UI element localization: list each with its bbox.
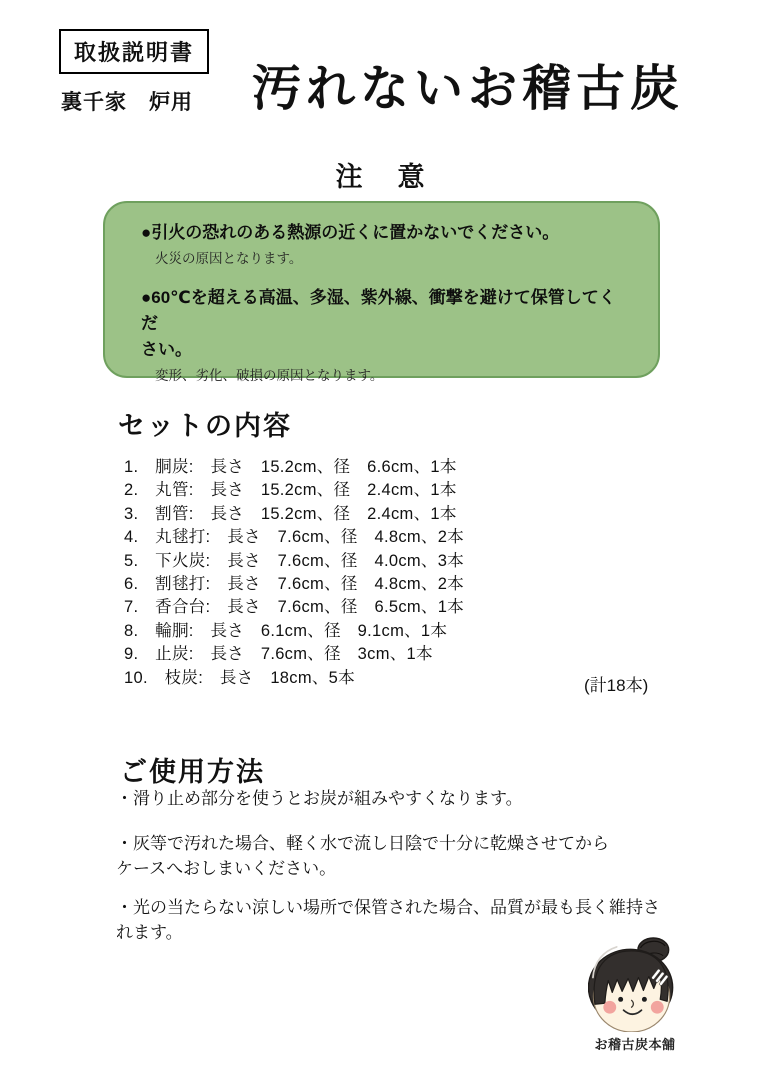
list-item: 8. 輪胴: 長さ 6.1cm、径 9.1cm、1本 <box>124 620 464 643</box>
caution-heading: 注 意 <box>0 155 764 194</box>
set-total-count: (計18本) <box>584 671 648 696</box>
list-item: 2. 丸管: 長さ 15.2cm、径 2.4cm、1本 <box>124 479 464 502</box>
warning-item: ●引火の恐れのある熱源の近くに置かないでください。 火災の原因となります。 <box>141 220 632 268</box>
warning-main-text: ●引火の恐れのある熱源の近くに置かないでください。 <box>141 220 632 246</box>
set-contents-list: 1. 胴炭: 長さ 15.2cm、径 6.6cm、1本 2. 丸管: 長さ 15… <box>124 456 464 690</box>
usage-heading: ご使用方法 <box>120 750 265 789</box>
caution-box: ●引火の恐れのある熱源の近くに置かないでください。 火災の原因となります。 ●6… <box>103 201 660 378</box>
list-item: 7. 香合台: 長さ 7.6cm、径 6.5cm、1本 <box>124 596 464 619</box>
list-item: 9. 止炭: 長さ 7.6cm、径 3cm、1本 <box>124 643 464 666</box>
list-item: 6. 割毬打: 長さ 7.6cm、径 4.8cm、2本 <box>124 573 464 596</box>
girl-face-icon <box>588 936 682 1032</box>
usage-note: ・灰等で汚れた場合、軽く水で流し日陰で十分に乾燥させてから ケースへおしまいくだ… <box>116 831 676 881</box>
edition-label: 裏千家 炉用 <box>61 86 193 116</box>
warning-main-text: ●60℃を超える高温、多湿、紫外線、衝撃を避けて保管してくだ さい。 <box>141 285 632 363</box>
list-item: 1. 胴炭: 長さ 15.2cm、径 6.6cm、1本 <box>124 456 464 479</box>
mascot-label: お稽古炭本舗 <box>586 1034 684 1053</box>
warning-item: ●60℃を超える高温、多湿、紫外線、衝撃を避けて保管してくだ さい。 変形、劣化… <box>141 285 632 385</box>
page-title: 汚れないお稽古炭 <box>252 50 684 120</box>
set-contents-heading: セットの内容 <box>118 404 292 443</box>
list-item: 10. 枝炭: 長さ 18cm、5本 <box>124 667 464 690</box>
list-item: 5. 下火炭: 長さ 7.6cm、径 4.0cm、3本 <box>124 550 464 573</box>
instruction-manual-page: 取扱説明書 裏千家 炉用 汚れないお稽古炭 注 意 ●引火の恐れのある熱源の近く… <box>0 0 764 1080</box>
list-item: 4. 丸毬打: 長さ 7.6cm、径 4.8cm、2本 <box>124 526 464 549</box>
warning-sub-text: 火災の原因となります。 <box>155 249 632 268</box>
usage-note: ・滑り止め部分を使うとお炭が組みやすくなります。 <box>116 786 676 811</box>
manual-badge: 取扱説明書 <box>59 29 209 74</box>
warning-sub-text: 変形、劣化、破損の原因となります。 <box>155 366 632 385</box>
shop-mascot: お稽古炭本舗 <box>586 936 684 1053</box>
list-item: 3. 割管: 長さ 15.2cm、径 2.4cm、1本 <box>124 503 464 526</box>
